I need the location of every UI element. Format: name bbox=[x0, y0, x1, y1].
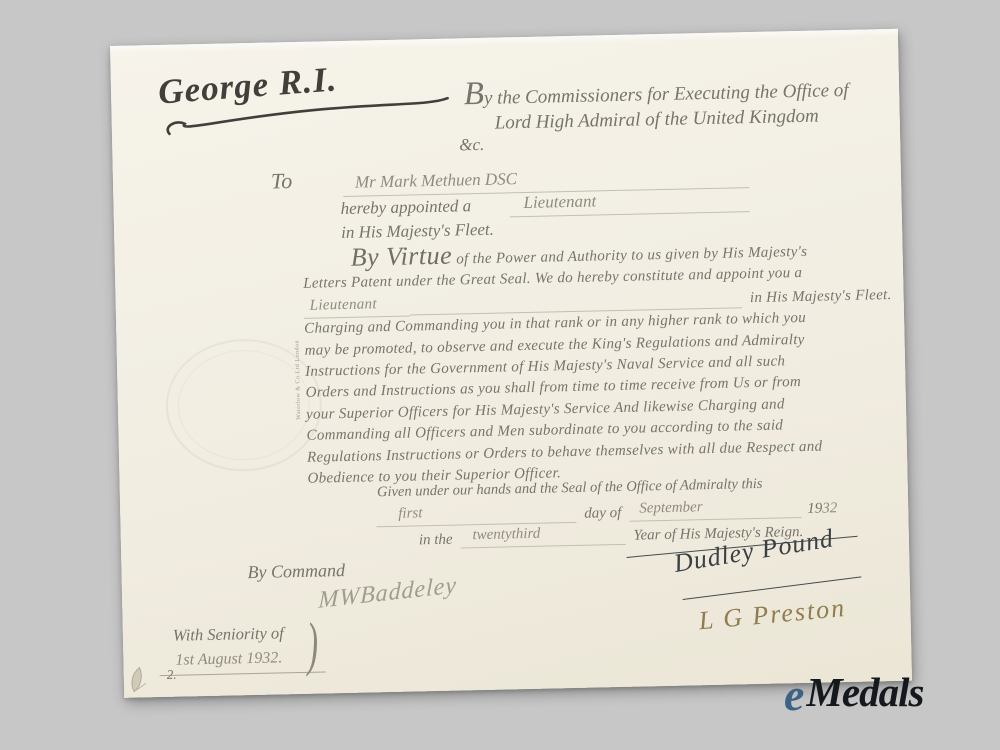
body-paragraph: By Virtue of the Power and Authority to … bbox=[302, 235, 895, 490]
corner-pencil-mark bbox=[126, 665, 153, 696]
to-label: To bbox=[271, 168, 293, 194]
by-command-label: By Command bbox=[247, 560, 345, 583]
emedals-watermark: eMedals bbox=[784, 668, 923, 721]
fleet-line: in His Majesty's Fleet. bbox=[341, 220, 494, 243]
month-entry: September bbox=[629, 497, 801, 522]
by-virtue-opening: By Virtue bbox=[350, 241, 452, 272]
hereby-appointed-label: hereby appointed a bbox=[340, 196, 471, 219]
printer-imprint: Waterlow & Co Ltd London bbox=[294, 340, 302, 420]
emedals-e-icon: e bbox=[784, 669, 804, 720]
signature-preston: L G Preston bbox=[698, 593, 848, 636]
seniority-underline bbox=[160, 671, 326, 676]
regnal-year-entry: twentythird bbox=[460, 524, 625, 549]
seniority-bracket: ) bbox=[306, 614, 318, 674]
seniority-label: With Seniority of bbox=[173, 623, 284, 645]
body-line-3-rest: in His Majesty's Fleet. bbox=[750, 285, 892, 309]
seniority-date: 1st August 1932. bbox=[175, 649, 282, 669]
day-of-label: day of bbox=[584, 505, 621, 523]
year-printed: 19 bbox=[807, 501, 822, 518]
year-entry: 32 bbox=[822, 500, 837, 517]
photo-background: George R.I. By the Commissioners for Exe… bbox=[0, 0, 1000, 750]
addressee-rank: Lieutenant bbox=[509, 188, 749, 217]
document-header: By the Commissioners for Executing the O… bbox=[416, 67, 898, 156]
royal-signature: George R.I. bbox=[157, 51, 454, 145]
in-the-label: in the bbox=[419, 532, 453, 550]
rank-entry: Lieutenant bbox=[303, 293, 409, 319]
day-entry: first bbox=[376, 502, 576, 527]
emedals-wordmark: Medals bbox=[806, 669, 923, 715]
page-number: 2. bbox=[167, 667, 177, 683]
document-sheet: George R.I. By the Commissioners for Exe… bbox=[110, 29, 912, 698]
